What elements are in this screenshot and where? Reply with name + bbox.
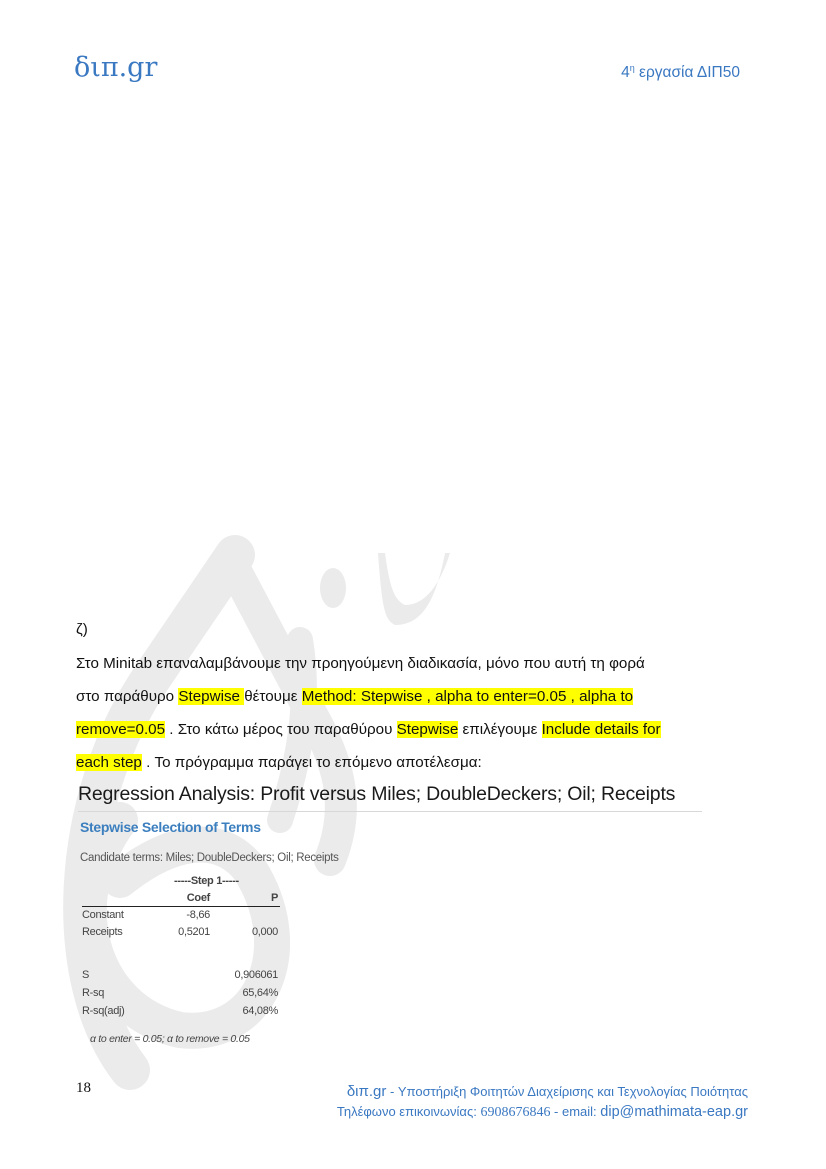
section-label: ζ) bbox=[76, 620, 88, 640]
paragraph-text: θέτουμε bbox=[244, 688, 302, 705]
paragraph-line-3: remove=0.05 . Στο κάτω μέρος του παραθύρ… bbox=[76, 720, 661, 740]
assignment-number: 4 bbox=[621, 64, 630, 81]
footer-line-1: διπ.gr - Υποστήριξη Φοιτητών Διαχείρισης… bbox=[337, 1082, 748, 1102]
highlight-include-details: Include details for bbox=[542, 721, 661, 738]
email-label: - email: bbox=[550, 1104, 600, 1119]
highlight-stepwise: Stepwise bbox=[178, 688, 244, 705]
footer-line-2: Τηλέφωνο επικοινωνίας: 6908676846 - emai… bbox=[337, 1102, 748, 1123]
stat-row: R-sq 65,64% bbox=[82, 984, 280, 1002]
stat-row: S 0,906061 bbox=[82, 966, 280, 984]
model-summary: S 0,906061 R-sq 65,64% R-sq(adj) 64,08% bbox=[82, 966, 280, 1020]
stat-value: 64,08% bbox=[242, 1002, 278, 1020]
paragraph-text: στο παράθυρο bbox=[76, 688, 178, 705]
term-name: Constant bbox=[82, 907, 124, 924]
term-coef: 0,5201 bbox=[178, 924, 210, 941]
highlight-remove-alpha: remove=0.05 bbox=[76, 721, 165, 738]
paragraph-line-4: each step . Το πρόγραμμα παράγει το επόμ… bbox=[76, 753, 482, 773]
page-footer: διπ.gr - Υποστήριξη Φοιτητών Διαχείρισης… bbox=[337, 1082, 748, 1123]
alpha-note: α to enter = 0.05; α to remove = 0.05 bbox=[90, 1033, 250, 1045]
contact-email-link[interactable]: dip@mathimata-eap.gr bbox=[600, 1104, 748, 1120]
assignment-name: εργασία ΔΙΠ50 bbox=[635, 64, 740, 81]
highlight-method-settings: Method: Stepwise , alpha to enter=0.05 ,… bbox=[302, 688, 633, 705]
paragraph-text: . Το πρόγραμμα παράγει το επόμενο αποτέλ… bbox=[142, 754, 482, 771]
column-header-coef: Coef bbox=[187, 890, 210, 907]
document-page: διπ.gr 4η εργασία ΔΙΠ50 ζ) Στο Minitab ε… bbox=[0, 0, 826, 1169]
title-divider bbox=[78, 811, 702, 812]
stat-label: R-sq bbox=[82, 984, 104, 1002]
term-name: Receipts bbox=[82, 924, 122, 941]
step-header: -----Step 1----- bbox=[174, 873, 239, 890]
paragraph-line-1: Στο Minitab επαναλαμβάνουμε την προηγούμ… bbox=[76, 654, 645, 674]
contact-label: Τηλέφωνο επικοινωνίας: bbox=[337, 1104, 481, 1119]
stat-value: 0,906061 bbox=[235, 966, 278, 984]
paragraph-line-2: στο παράθυρο Stepwise θέτουμε Method: St… bbox=[76, 687, 633, 707]
paragraph-text: επιλέγουμε bbox=[458, 721, 541, 738]
table-row: Constant -8,66 bbox=[82, 907, 280, 924]
term-p: 0,000 bbox=[252, 924, 278, 941]
stat-label: R-sq(adj) bbox=[82, 1002, 125, 1020]
stat-label: S bbox=[82, 966, 89, 984]
stepwise-table: -----Step 1----- Coef P Constant -8,66 R… bbox=[82, 873, 280, 941]
highlight-stepwise-window: Stepwise bbox=[397, 721, 459, 738]
table-row: Receipts 0,5201 0,000 bbox=[82, 924, 280, 941]
stat-value: 65,64% bbox=[242, 984, 278, 1002]
paragraph-text: Στο Minitab επαναλαμβάνουμε την προηγούμ… bbox=[76, 655, 645, 672]
header-logo: διπ.gr bbox=[74, 52, 157, 83]
page-number: 18 bbox=[76, 1080, 91, 1097]
candidate-terms: Candidate terms: Miles; DoubleDeckers; O… bbox=[80, 852, 339, 864]
term-coef: -8,66 bbox=[186, 907, 210, 924]
highlight-each-step: each step bbox=[76, 754, 142, 771]
minitab-output-subtitle: Stepwise Selection of Terms bbox=[80, 819, 261, 835]
stat-row: R-sq(adj) 64,08% bbox=[82, 1002, 280, 1020]
table-header-row: Coef P bbox=[82, 890, 280, 907]
step-header-row: -----Step 1----- bbox=[82, 873, 280, 890]
footer-brand: διπ.gr bbox=[347, 1083, 387, 1100]
footer-tagline: - Υποστήριξη Φοιτητών Διαχείρισης και Τε… bbox=[386, 1084, 748, 1099]
contact-phone: 6908676846 bbox=[480, 1105, 550, 1120]
paragraph-text: . Στο κάτω μέρος του παραθύρου bbox=[165, 721, 397, 738]
column-header-p: P bbox=[271, 890, 278, 907]
header-assignment-title: 4η εργασία ΔΙΠ50 bbox=[621, 63, 740, 82]
minitab-output-title: Regression Analysis: Profit versus Miles… bbox=[78, 783, 675, 806]
